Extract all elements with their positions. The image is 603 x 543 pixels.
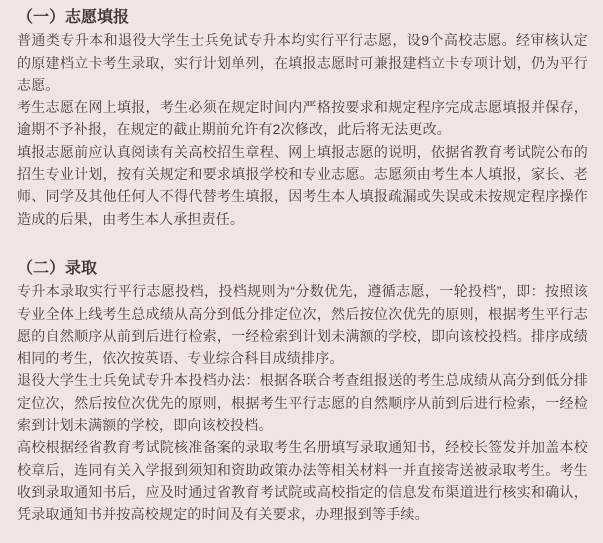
paragraph: 填报志愿前应认真阅读有关高校招生章程、网上填报志愿的说明，依据省教育考试院公布的… xyxy=(17,141,588,230)
paragraph: 专升本录取实行平行志愿投档，投档规则为“分数优先，遵循志愿，一轮投档”，即：按照… xyxy=(17,280,588,369)
paragraph: 高校根据经省教育考试院核准备案的录取考生名册填写录取通知书，经校长签发并加盖本校… xyxy=(17,436,588,525)
paragraph: 普通类专升本和退役大学生士兵免试专升本均实行平行志愿，设9个高校志愿。经审核认定… xyxy=(17,29,588,96)
section-heading-admission: （二）录取 xyxy=(17,258,588,280)
section-heading-volunteer-filling: （一）志愿填报 xyxy=(17,7,588,29)
paragraph: 退役大学生士兵免试专升本投档办法：根据各联合考查组报送的考生总成绩从高分到低分排… xyxy=(17,369,588,436)
paragraph: 考生志愿在网上填报，考生必须在规定时间内严格按要求和规定程序完成志愿填报并保存，… xyxy=(17,96,588,141)
document-page: （一）志愿填报 普通类专升本和退役大学生士兵免试专升本均实行平行志愿，设9个高校… xyxy=(0,0,603,543)
